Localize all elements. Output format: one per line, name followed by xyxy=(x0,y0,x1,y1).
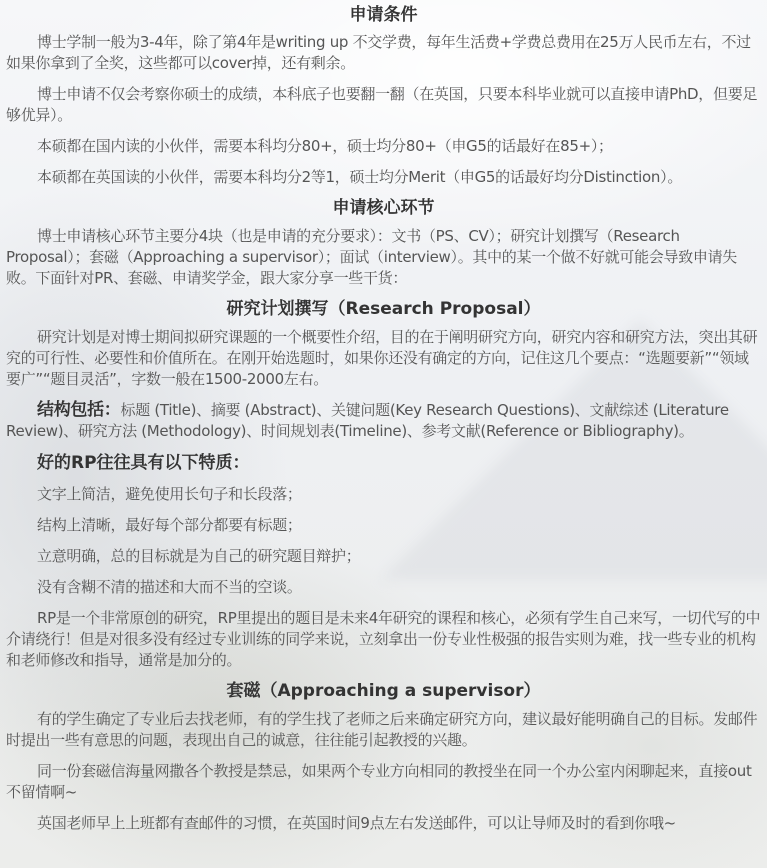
paragraph: 博士申请核心环节主要分4块（也是申请的充分要求）：文书（PS、CV）；研究计划撰… xyxy=(6,226,761,289)
paragraph: 博士学制一般为3-4年，除了第4年是writing up 不交学费，每年生活费+… xyxy=(6,32,761,74)
paragraph: 有的学生确定了专业后去找老师，有的学生找了老师之后来确定研究方向，建议最好能明确… xyxy=(6,709,761,751)
paragraph: 研究计划是对博士期间拟研究课题的一个概要性介绍，目的在于阐明研究方向，研究内容和… xyxy=(6,327,761,390)
article-body: 申请条件 博士学制一般为3-4年，除了第4年是writing up 不交学费，每… xyxy=(0,4,767,834)
structure-paragraph: 结构包括：标题 (Title)、摘要 (Abstract)、关键问题(Key R… xyxy=(6,400,761,442)
paragraph: 博士申请不仅会考察你硕士的成绩，本科底子也要翻一翻（在英国，只要本科毕业就可以直… xyxy=(6,84,761,126)
qualities-title: 好的RP往往具有以下特质： xyxy=(6,452,761,474)
section-title-approaching-supervisor: 套磁（Approaching a supervisor） xyxy=(6,680,761,702)
quality-item: 文字上简洁，避免使用长句子和长段落； xyxy=(6,484,761,505)
structure-label: 结构包括： xyxy=(37,400,121,420)
section-title-core: 申请核心环节 xyxy=(6,197,761,219)
section-title-conditions: 申请条件 xyxy=(6,4,761,26)
paragraph: 同一份套磁信海量网撒各个教授是禁忌，如果两个专业方向相同的教授坐在同一个办公室内… xyxy=(6,761,761,803)
paragraph: RP是一个非常原创的研究，RP里提出的题目是未来4年研究的课程和核心，必须有学生… xyxy=(6,608,761,671)
quality-item: 立意明确，总的目标就是为自己的研究题目辩护； xyxy=(6,546,761,567)
paragraph: 本硕都在国内读的小伙伴，需要本科均分80+，硕士均分80+（申G5的话最好在85… xyxy=(6,136,761,157)
paragraph: 本硕都在英国读的小伙伴，需要本科均分2等1，硕士均分Merit（申G5的话最好均… xyxy=(6,167,761,188)
paragraph: 英国老师早上上班都有查邮件的习惯，在英国时间9点左右发送邮件，可以让导师及时的看… xyxy=(6,813,761,834)
quality-item: 没有含糊不清的描述和大而不当的空谈。 xyxy=(6,577,761,598)
quality-item: 结构上清晰，最好每个部分都要有标题； xyxy=(6,515,761,536)
section-title-research-proposal: 研究计划撰写（Research Proposal） xyxy=(6,298,761,320)
